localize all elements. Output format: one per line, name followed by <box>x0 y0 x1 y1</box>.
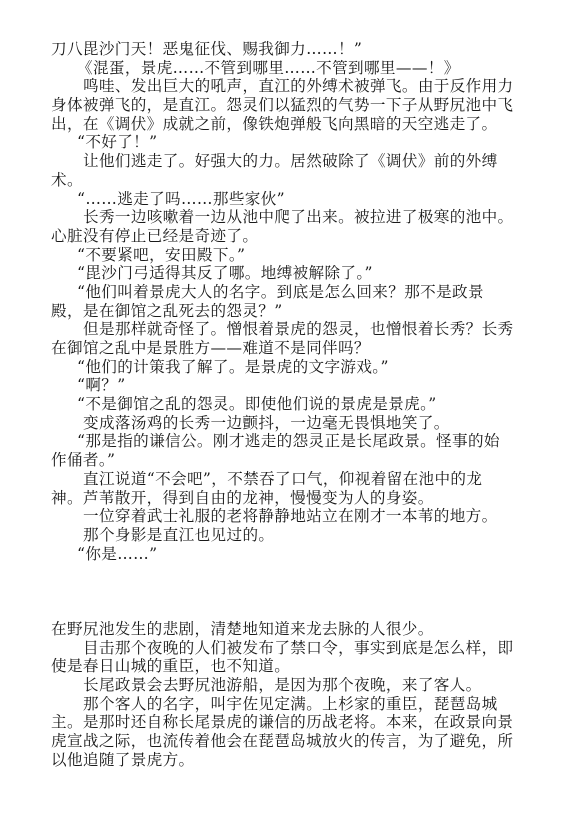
text-line: “……逃走了吗……那些家伙” <box>51 190 531 209</box>
text-line: 《混蛋，景虎……不管到哪里……不管到哪里——！》 <box>51 59 531 78</box>
text-line: “啊？” <box>51 376 531 395</box>
text-line: 那个身影是直江也见过的。 <box>51 526 531 545</box>
text-line: “他们的计策我了解了。是景虎的文字游戏。” <box>51 358 531 377</box>
text-line: “他们叫着景虎大人的名字。到底是怎么回来？那不是政景 <box>51 283 531 302</box>
text-line: 一位穿着武士礼服的老将静静地站立在刚才一本苇的地方。 <box>51 507 531 526</box>
text-line: 以他追随了景虎方。 <box>51 751 531 770</box>
text-line: 主。是那时还自称长尾景虎的谦信的历战老将。本来，在政景向景 <box>51 713 531 732</box>
text-line: 在御馆之乱中是景胜方——难道不是同伴吗？ <box>51 339 531 358</box>
text-line: “不是御馆之乱的怨灵。即使他们说的景虎是景虎。” <box>51 395 531 414</box>
text-line: 虎宣战之际，也流传着他会在琵琶岛城放火的传言，为了避免，所 <box>51 732 531 751</box>
text-line: 心脏没有停止已经是奇迹了。 <box>51 227 531 246</box>
document-section-2: 在野尻池发生的悲剧，清楚地知道来龙去脉的人很少。 目击那个夜晚的人们被发布了禁口… <box>51 620 531 770</box>
text-line: 长尾政景会去野尻池游船，是因为那个夜晚，来了客人。 <box>51 676 531 695</box>
text-line: 那个客人的名字，叫宇佐见定满。上杉家的重臣，琵琶岛城 <box>51 695 531 714</box>
text-line: 让他们逃走了。好强大的力。居然破除了《调伏》前的外缚 <box>51 152 531 171</box>
text-line: “你是……” <box>51 545 531 564</box>
text-line: 殿，是在御馆之乱死去的怨灵？” <box>51 302 531 321</box>
text-line: 出，在《调伏》成就之前，像铁炮弹般飞向黑暗的天空逃走了。 <box>51 115 531 134</box>
text-line: 目击那个夜晚的人们被发布了禁口令，事实到底是怎么样，即 <box>51 639 531 658</box>
text-line: 使是春日山城的重臣，也不知道。 <box>51 657 531 676</box>
text-line: 身体被弹飞的，是直江。怨灵们以猛烈的气势一下子从野尻池中飞 <box>51 96 531 115</box>
text-line: 长秀一边咳嗽着一边从池中爬了出来。被拉进了极寒的池中。 <box>51 208 531 227</box>
text-line: 作俑者。” <box>51 451 531 470</box>
text-line: 刀八毘沙门天！恶鬼征伐、赐我御力……！” <box>51 40 531 59</box>
document-section-1: 刀八毘沙门天！恶鬼征伐、赐我御力……！” 《混蛋，景虎……不管到哪里……不管到哪… <box>51 40 531 563</box>
text-line: 在野尻池发生的悲剧，清楚地知道来龙去脉的人很少。 <box>51 620 531 639</box>
text-line: 鸣哇、发出巨大的吼声，直江的外缚术被弹飞。由于反作用力 <box>51 77 531 96</box>
text-line: 直江说道“不会吧”，不禁吞了口气，仰视着留在池中的龙 <box>51 470 531 489</box>
text-line: “那是指的谦信公。刚才逃走的怨灵正是长尾政景。怪事的始 <box>51 432 531 451</box>
text-line: 神。芦苇散开，得到自由的龙神，慢慢变为人的身姿。 <box>51 489 531 508</box>
text-line: 但是那样就奇怪了。憎恨着景虎的怨灵，也憎恨着长秀？长秀 <box>51 320 531 339</box>
text-line: “毘沙门弓适得其反了哪。地缚被解除了。” <box>51 264 531 283</box>
text-line: “不好了！” <box>51 133 531 152</box>
text-line: “不要紧吧，安田殿下。” <box>51 246 531 265</box>
text-line: 变成落汤鸡的长秀一边颤抖，一边毫无畏惧地笑了。 <box>51 414 531 433</box>
text-line: 术。 <box>51 171 531 190</box>
